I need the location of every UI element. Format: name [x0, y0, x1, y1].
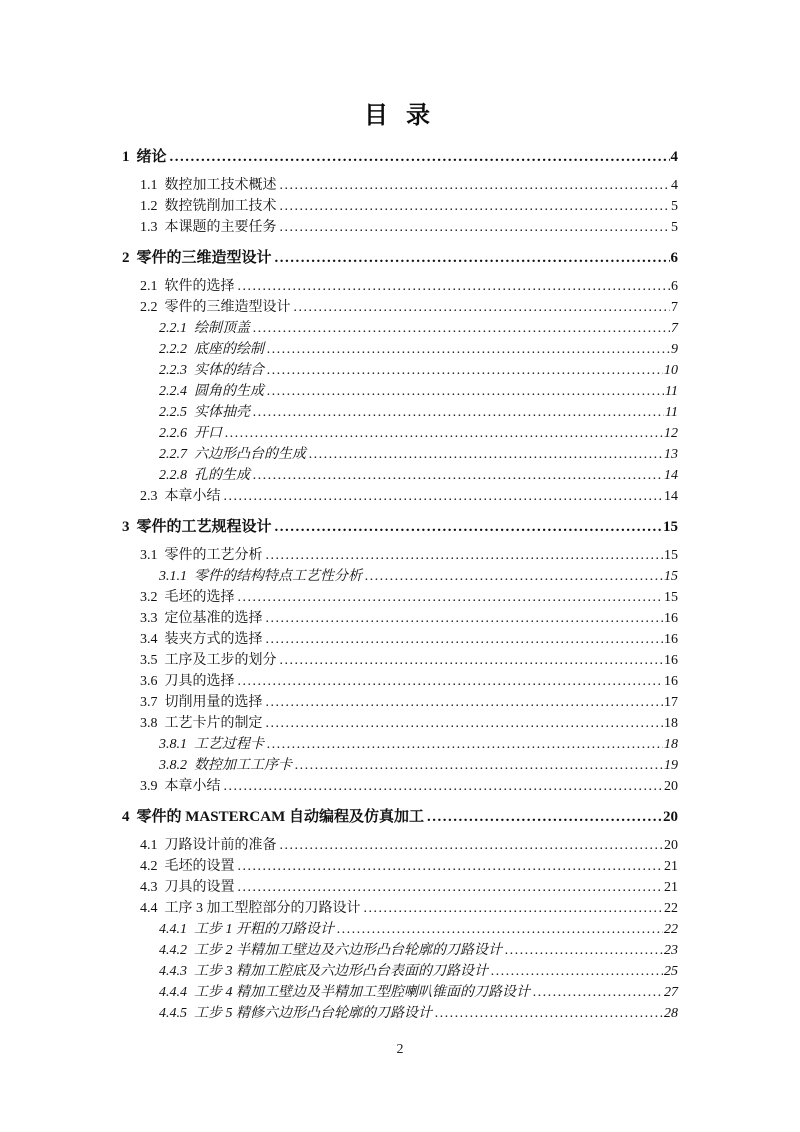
toc-entry-title: 工步 3 精加工腔底及六边形凸台表面的刀路设计	[194, 961, 488, 982]
toc-entry: 1.1 数控加工技术概述 4	[122, 175, 678, 196]
toc-entry: 2.2.3 实体的结合 10	[122, 360, 678, 381]
toc-entry-title: 本章小结	[165, 776, 221, 797]
toc-entry-page-number: 9	[671, 339, 678, 360]
toc-entry-title: 刀具的选择	[165, 671, 235, 692]
toc-entry-page-number: 16	[664, 629, 678, 650]
toc-entry-page-number: 18	[664, 713, 678, 734]
toc-entry-number: 3.4	[140, 629, 158, 650]
toc-title: 目 录	[0, 0, 800, 132]
toc-entry-title: 底座的绘制	[194, 339, 264, 360]
toc-entry-page-number: 22	[664, 898, 678, 919]
toc-entry: 3.1.1 零件的结构特点工艺性分析 15	[122, 566, 678, 587]
toc-entry-page-number: 23	[664, 940, 678, 961]
toc-entry: 4.4.2 工步 2 半精加工壁边及六边形凸台轮廓的刀路设计 23	[122, 940, 678, 961]
toc-entry-title: 零件的 MASTERCAM 自动编程及仿真加工	[137, 806, 425, 828]
dot-leader	[238, 587, 664, 608]
toc-entry-title: 实体的结合	[194, 360, 264, 381]
toc-entry: 4.1 刀路设计前的准备 20	[122, 835, 678, 856]
toc-entry: 2.2.7 六边形凸台的生成 13	[122, 444, 678, 465]
dot-leader	[253, 402, 664, 423]
toc-entry-number: 3.8	[140, 713, 158, 734]
toc-entry-title: 工步 1 开粗的刀路设计	[194, 919, 334, 940]
toc-entry: 3.9 本章小结 20	[122, 776, 678, 797]
toc-entry: 3.1 零件的工艺分析 15	[122, 545, 678, 566]
dot-leader	[337, 919, 663, 940]
toc-entry: 3.7 切削用量的选择 17	[122, 692, 678, 713]
toc-entry-title: 工序及工步的划分	[165, 650, 277, 671]
toc-entry-page-number: 20	[664, 835, 678, 856]
toc-entry-title: 本课题的主要任务	[165, 217, 277, 238]
toc-entry: 3.8 工艺卡片的制定 18	[122, 713, 678, 734]
toc-entry-page-number: 11	[665, 402, 678, 423]
toc-entry-number: 3.3	[140, 608, 158, 629]
dot-leader	[275, 247, 670, 269]
toc-entry: 1.2 数控铣削加工技术 5	[122, 196, 678, 217]
toc-entry: 1 绪论 4	[122, 146, 678, 168]
toc-entry-number: 2.2.2	[159, 339, 187, 360]
toc-entry-page-number: 14	[664, 486, 678, 507]
dot-leader	[266, 608, 664, 629]
toc-entry-title: 零件的工艺分析	[165, 545, 263, 566]
dot-leader	[266, 713, 664, 734]
toc-entry-number: 2.1	[140, 276, 158, 297]
dot-leader	[505, 940, 663, 961]
toc-entry-title: 绪论	[137, 146, 167, 168]
dot-leader	[224, 486, 664, 507]
toc-entry: 3.6 刀具的选择 16	[122, 671, 678, 692]
toc-entry-title: 工艺过程卡	[194, 734, 264, 755]
toc-entry: 4.4 工序 3 加工型腔部分的刀路设计 22	[122, 898, 678, 919]
toc-entry-number: 2.2.6	[159, 423, 187, 444]
toc-entry-title: 装夹方式的选择	[165, 629, 263, 650]
toc-entry: 4.4.1 工步 1 开粗的刀路设计 22	[122, 919, 678, 940]
toc-entry-title: 本章小结	[165, 486, 221, 507]
toc-entry-number: 3.8.2	[159, 755, 187, 776]
toc-entry: 3.3 定位基准的选择 16	[122, 608, 678, 629]
toc-entry-page-number: 15	[664, 587, 678, 608]
dot-leader	[280, 175, 671, 196]
toc-entry: 4.4.5 工步 5 精修六边形凸台轮廓的刀路设计 28	[122, 1003, 678, 1024]
toc-entry-title: 零件的三维造型设计	[137, 247, 272, 269]
toc-entry-page-number: 12	[664, 423, 678, 444]
dot-leader	[309, 444, 663, 465]
toc-entry-page-number: 16	[664, 650, 678, 671]
dot-leader	[280, 217, 671, 238]
toc-entry: 2.2.2 底座的绘制 9	[122, 339, 678, 360]
toc-entry: 2.1 软件的选择 6	[122, 276, 678, 297]
toc-entry-title: 数控加工技术概述	[165, 175, 277, 196]
toc-entry: 2.2.8 孔的生成 14	[122, 465, 678, 486]
dot-leader	[238, 877, 664, 898]
toc-entry-title: 软件的选择	[165, 276, 235, 297]
toc-entry-number: 3.9	[140, 776, 158, 797]
dot-leader	[435, 1003, 663, 1024]
toc-entry-title: 圆角的生成	[194, 381, 264, 402]
toc-entry-title: 毛坯的选择	[165, 587, 235, 608]
toc-entry-page-number: 20	[663, 806, 678, 828]
toc-entry: 4.4.4 工步 4 精加工壁边及半精加工型腔喇叭锥面的刀路设计 27	[122, 982, 678, 1003]
toc-entry-number: 4.4.4	[159, 982, 187, 1003]
toc-entry-number: 4.4.3	[159, 961, 187, 982]
toc-entry-title: 刀具的设置	[165, 877, 235, 898]
toc-entry: 2.2.6 开口 12	[122, 423, 678, 444]
toc-entry-page-number: 5	[671, 196, 678, 217]
toc-entry-title: 六边形凸台的生成	[194, 444, 306, 465]
toc-entry: 4.2 毛坯的设置 21	[122, 856, 678, 877]
toc-entry-number: 4.1	[140, 835, 158, 856]
toc-entry-title: 工步 2 半精加工壁边及六边形凸台轮廓的刀路设计	[194, 940, 502, 961]
toc-entry-page-number: 11	[665, 381, 678, 402]
toc-entry-page-number: 13	[664, 444, 678, 465]
dot-leader	[238, 856, 664, 877]
dot-leader	[267, 734, 663, 755]
toc-entry-page-number: 18	[664, 734, 678, 755]
toc-entry-page-number: 15	[663, 516, 678, 538]
toc-entry: 2.2.5 实体抽壳 11	[122, 402, 678, 423]
dot-leader	[253, 318, 670, 339]
dot-leader	[364, 898, 664, 919]
toc-entry-number: 1.3	[140, 217, 158, 238]
toc-entry-page-number: 22	[664, 919, 678, 940]
dot-leader	[427, 806, 662, 828]
toc-entry-title: 孔的生成	[194, 465, 250, 486]
toc-entry-number: 2.3	[140, 486, 158, 507]
dot-leader	[266, 692, 664, 713]
toc-entry: 3.5 工序及工步的划分 16	[122, 650, 678, 671]
toc-entry-page-number: 6	[671, 276, 678, 297]
dot-leader	[280, 650, 664, 671]
toc-entry-number: 2.2.8	[159, 465, 187, 486]
toc-entry-number: 2.2.7	[159, 444, 187, 465]
toc-entry-title: 刀路设计前的准备	[165, 835, 277, 856]
toc-entry-title: 零件的工艺规程设计	[137, 516, 272, 538]
dot-leader	[266, 545, 664, 566]
toc-entry: 2.2 零件的三维造型设计 7	[122, 297, 678, 318]
toc-entry-title: 数控加工工序卡	[194, 755, 292, 776]
dot-leader	[224, 776, 664, 797]
toc-entry-title: 绘制顶盖	[194, 318, 250, 339]
toc-entry-title: 零件的结构特点工艺性分析	[194, 566, 362, 587]
dot-leader	[225, 423, 663, 444]
toc-entry-page-number: 27	[664, 982, 678, 1003]
toc-entry-number: 1.2	[140, 196, 158, 217]
dot-leader	[170, 146, 670, 168]
toc-entry-number: 3.2	[140, 587, 158, 608]
toc-entry: 3.2 毛坯的选择 15	[122, 587, 678, 608]
toc-entry: 4.3 刀具的设置 21	[122, 877, 678, 898]
toc-entry-page-number: 10	[664, 360, 678, 381]
toc-entry-number: 3.8.1	[159, 734, 187, 755]
toc-entry-page-number: 15	[664, 566, 678, 587]
dot-leader	[294, 297, 671, 318]
toc-entry-number: 2.2.5	[159, 402, 187, 423]
toc-list: 1 绪论 4 1.1 数控加工技术概述 4 1.2 数控铣削加工技术 5 1.3…	[0, 146, 800, 1024]
toc-entry-page-number: 21	[664, 877, 678, 898]
dot-leader	[491, 961, 663, 982]
toc-entry-number: 3	[122, 516, 130, 538]
toc-entry-page-number: 20	[664, 776, 678, 797]
toc-entry-title: 实体抽壳	[194, 402, 250, 423]
toc-entry-number: 3.1.1	[159, 566, 187, 587]
toc-entry-title: 工步 4 精加工壁边及半精加工型腔喇叭锥面的刀路设计	[194, 982, 530, 1003]
toc-entry: 3.4 装夹方式的选择 16	[122, 629, 678, 650]
toc-entry-page-number: 25	[664, 961, 678, 982]
toc-entry-number: 3.6	[140, 671, 158, 692]
toc-entry-number: 1.1	[140, 175, 158, 196]
toc-entry-title: 开口	[194, 423, 222, 444]
toc-entry: 2.2.1 绘制顶盖 7	[122, 318, 678, 339]
toc-entry-page-number: 19	[664, 755, 678, 776]
dot-leader	[295, 755, 663, 776]
toc-entry: 2.2.4 圆角的生成 11	[122, 381, 678, 402]
dot-leader	[275, 516, 662, 538]
toc-entry-number: 2.2	[140, 297, 158, 318]
toc-entry-title: 定位基准的选择	[165, 608, 263, 629]
toc-entry-title: 工序 3 加工型腔部分的刀路设计	[165, 898, 361, 919]
dot-leader	[267, 339, 670, 360]
toc-entry-number: 4.4.5	[159, 1003, 187, 1024]
dot-leader	[267, 360, 663, 381]
toc-entry-number: 4.2	[140, 856, 158, 877]
document-page: 目 录 1 绪论 4 1.1 数控加工技术概述 4 1.2 数控铣削加工技术 5…	[0, 0, 800, 1132]
toc-entry-page-number: 7	[671, 297, 678, 318]
dot-leader	[533, 982, 663, 1003]
toc-entry-page-number: 21	[664, 856, 678, 877]
toc-entry-title: 零件的三维造型设计	[165, 297, 291, 318]
toc-entry-number: 4	[122, 806, 130, 828]
toc-entry: 3.8.1 工艺过程卡 18	[122, 734, 678, 755]
toc-entry-page-number: 16	[664, 608, 678, 629]
toc-entry-page-number: 4	[671, 146, 679, 168]
toc-entry-number: 2	[122, 247, 130, 269]
page-number-footer: 2	[0, 1042, 800, 1058]
toc-entry-page-number: 7	[671, 318, 678, 339]
toc-entry-number: 4.3	[140, 877, 158, 898]
dot-leader	[238, 276, 671, 297]
toc-entry-number: 4.4.1	[159, 919, 187, 940]
dot-leader	[238, 671, 664, 692]
toc-entry-title: 毛坯的设置	[165, 856, 235, 877]
toc-entry: 2.3 本章小结 14	[122, 486, 678, 507]
toc-entry-page-number: 17	[664, 692, 678, 713]
dot-leader	[365, 566, 663, 587]
toc-entry-page-number: 28	[664, 1003, 678, 1024]
toc-entry-title: 数控铣削加工技术	[165, 196, 277, 217]
toc-entry-page-number: 5	[671, 217, 678, 238]
toc-entry-title: 工步 5 精修六边形凸台轮廓的刀路设计	[194, 1003, 432, 1024]
dot-leader	[253, 465, 663, 486]
toc-entry: 1.3 本课题的主要任务 5	[122, 217, 678, 238]
toc-entry-number: 4.4.2	[159, 940, 187, 961]
toc-entry-number: 1	[122, 146, 130, 168]
toc-entry-title: 切削用量的选择	[165, 692, 263, 713]
dot-leader	[266, 629, 664, 650]
toc-entry-page-number: 6	[671, 247, 679, 269]
toc-entry-page-number: 15	[664, 545, 678, 566]
toc-entry-number: 3.1	[140, 545, 158, 566]
toc-entry-number: 3.5	[140, 650, 158, 671]
toc-entry-number: 4.4	[140, 898, 158, 919]
toc-entry: 4.4.3 工步 3 精加工腔底及六边形凸台表面的刀路设计 25	[122, 961, 678, 982]
dot-leader	[280, 835, 664, 856]
toc-entry: 2 零件的三维造型设计 6	[122, 247, 678, 269]
toc-entry-number: 3.7	[140, 692, 158, 713]
toc-entry: 4 零件的 MASTERCAM 自动编程及仿真加工 20	[122, 806, 678, 828]
toc-entry-number: 2.2.3	[159, 360, 187, 381]
dot-leader	[267, 381, 664, 402]
toc-entry-number: 2.2.4	[159, 381, 187, 402]
toc-entry-page-number: 4	[671, 175, 678, 196]
toc-entry-page-number: 16	[664, 671, 678, 692]
toc-entry-number: 2.2.1	[159, 318, 187, 339]
toc-entry: 3 零件的工艺规程设计 15	[122, 516, 678, 538]
toc-entry-page-number: 14	[664, 465, 678, 486]
toc-entry: 3.8.2 数控加工工序卡 19	[122, 755, 678, 776]
dot-leader	[280, 196, 671, 217]
toc-entry-title: 工艺卡片的制定	[165, 713, 263, 734]
